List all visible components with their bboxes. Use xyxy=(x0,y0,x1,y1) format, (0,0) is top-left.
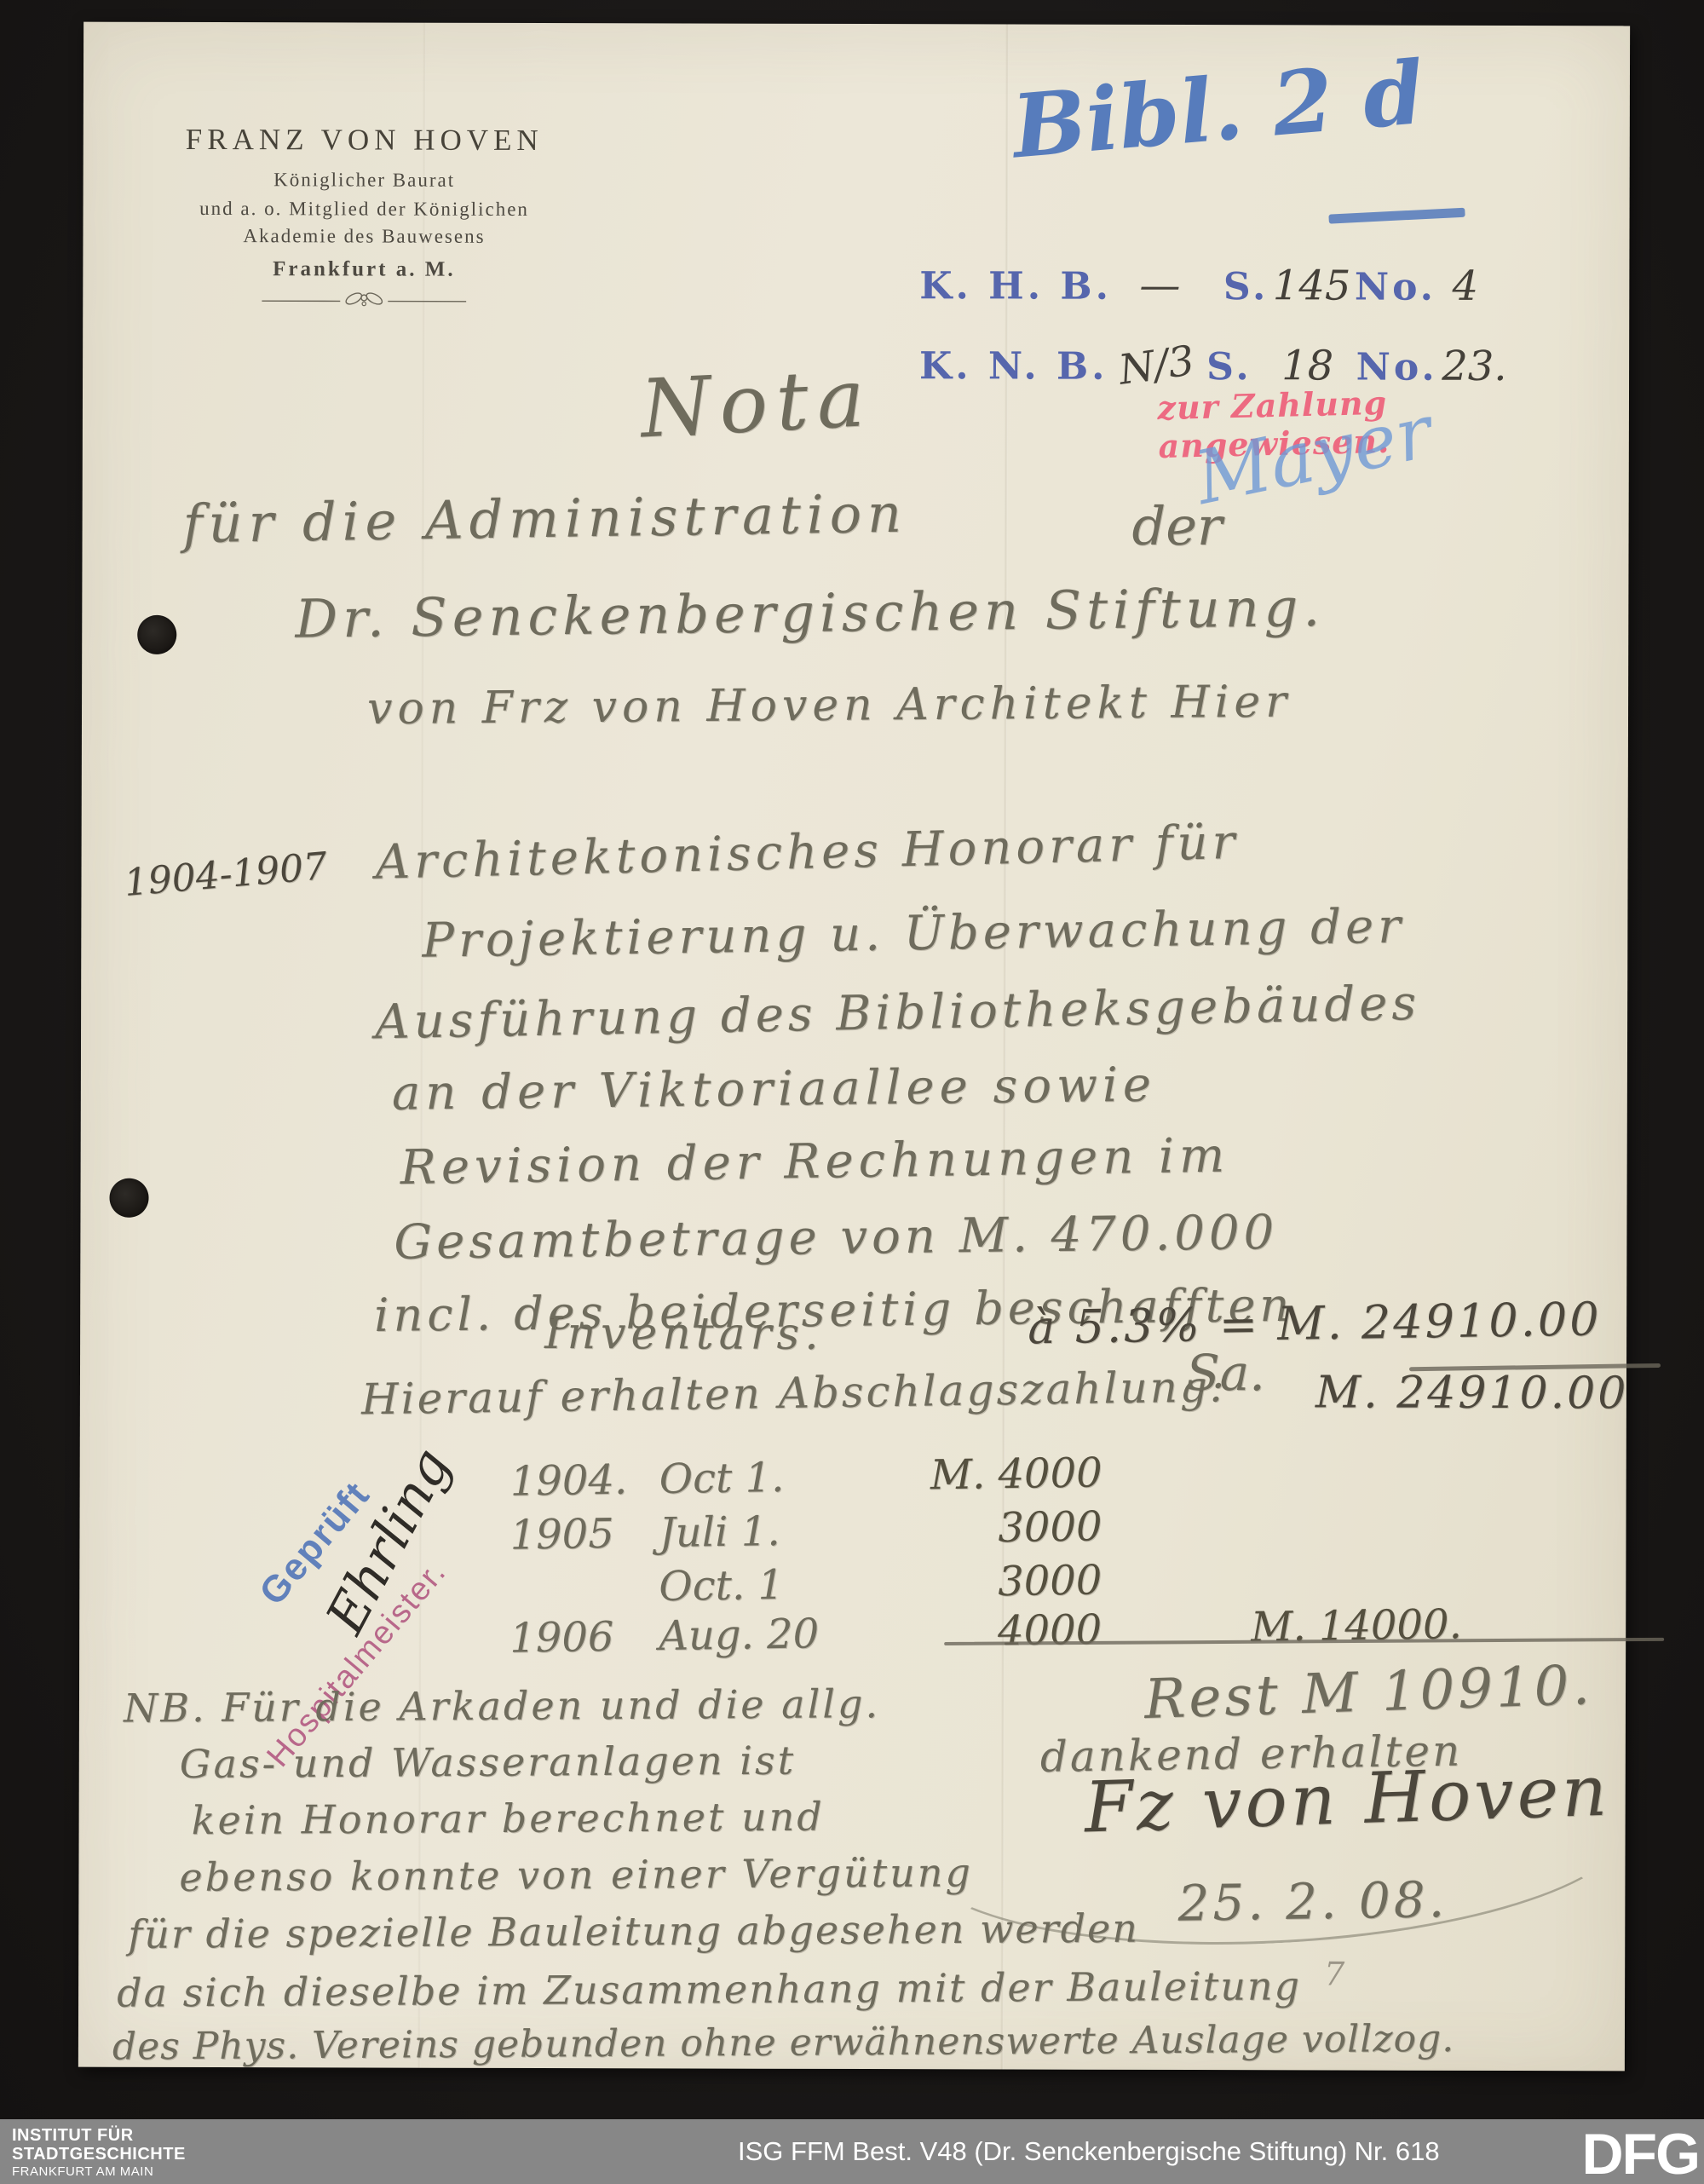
body-line-4: an der Viktoriaallee sowie xyxy=(392,1057,1157,1121)
body-period: 1904-1907 xyxy=(123,844,329,905)
payment-date: Juli 1. xyxy=(659,1506,872,1557)
knb-stamp: K. N. B. xyxy=(919,344,1108,389)
nb-line-3: kein Honorar berechnet und xyxy=(191,1794,824,1844)
body-line-2: Projektierung u. Überwachung der xyxy=(422,899,1405,969)
khb-s-value: 145 xyxy=(1273,262,1351,309)
body-line-1: Architektonisches Honorar für xyxy=(375,815,1240,890)
received-line: Hierauf erhalten Abschlagszahlung: xyxy=(361,1362,1228,1424)
payment-row: 1904.Oct 1.M. 4000 xyxy=(509,1441,1661,1506)
khb-no-value: 4 xyxy=(1452,262,1478,310)
payment-year xyxy=(510,1600,659,1603)
institute-line2: STADTGESCHICHTE xyxy=(12,2146,186,2164)
nb-line-1: NB. Für die Arkaden und die allg. xyxy=(124,1680,880,1731)
institute-line1: INSTITUT FÜR xyxy=(12,2127,186,2146)
document-paper: FRANZ VON HOVEN Königlicher Baurat und a… xyxy=(78,22,1630,2072)
body-line-3: Ausführung des Bibliotheksgebäudes xyxy=(375,976,1421,1050)
payment-year: 1906 xyxy=(509,1612,659,1662)
knb-s-label: S. xyxy=(1206,345,1252,389)
payment-amount: M. 4000 xyxy=(872,1449,1102,1500)
knb-insert: N/3 xyxy=(1116,337,1198,395)
sum-value: M. 24910.00 xyxy=(1315,1367,1629,1419)
nota-heading: Nota xyxy=(638,352,875,456)
rate-calculation: à 5.3% = M. 24910.00 xyxy=(1028,1292,1602,1354)
archive-reference: ISG FFM Best. V48 (Dr. Senckenbergische … xyxy=(738,2136,1440,2167)
title-line3: von Frz von Hoven Architekt Hier xyxy=(367,677,1292,735)
body-line-5: Revision der Rechnungen im xyxy=(400,1128,1229,1196)
knb-s-value: 18 xyxy=(1281,342,1333,389)
nb-line-5: für die spezielle Bauleitung abgesehen w… xyxy=(128,1905,1139,1957)
payment-date: Oct 1. xyxy=(659,1452,872,1503)
scanned-document-view: FRANZ VON HOVEN Königlicher Baurat und a… xyxy=(0,0,1704,2184)
letterhead-title2: und a. o. Mitglied der Königlichen xyxy=(169,198,561,221)
letterhead-city: Frankfurt a. M. xyxy=(168,257,560,282)
payment-year: 1904. xyxy=(509,1455,659,1506)
khb-no-label: No. xyxy=(1355,266,1436,309)
payment-amount: 3000 xyxy=(872,1556,1102,1607)
bibl-archive-note: Bibl. 2 d xyxy=(1009,42,1428,178)
payment-amount: 3000 xyxy=(872,1502,1102,1553)
khb-dash: — xyxy=(1139,262,1180,309)
institute-line3: FRANKFURT AM MAIN xyxy=(12,2165,186,2179)
nb-line-6: da sich dieselbe im Zusammenhang mit der… xyxy=(117,1962,1301,2015)
rest-amount: Rest M 10910. xyxy=(1143,1654,1594,1732)
punch-hole-top xyxy=(137,615,176,654)
nb-line-7: des Phys. Vereins gebunden ohne erwähnen… xyxy=(112,2017,1455,2069)
inventars-label: Inventars. xyxy=(544,1308,824,1360)
body-line-6: Gesamtbetrage von M. 470.000 xyxy=(394,1205,1278,1271)
payment-row: 1905Juli 1.3000 xyxy=(509,1495,1661,1559)
letterhead-title1: Königlicher Baurat xyxy=(169,169,561,192)
title-line1: für die Administration xyxy=(182,482,907,556)
fold-crease-right xyxy=(1000,24,1009,2069)
letterhead-name: FRANZ VON HOVEN xyxy=(169,123,561,158)
nb-line-4: ebenso konnte von einer Vergütung xyxy=(179,1849,973,1900)
bibl-underline xyxy=(1328,208,1465,224)
payment-year: 1905 xyxy=(509,1509,659,1559)
letterhead-ornament-icon xyxy=(168,290,560,314)
title-line2: Dr. Senckenbergischen Stiftung. xyxy=(295,576,1325,650)
payment-date: Aug. 20 xyxy=(659,1609,872,1660)
punch-hole-bottom xyxy=(109,1178,148,1218)
khb-s-label: S. xyxy=(1223,265,1269,308)
letterhead: FRANZ VON HOVEN Königlicher Baurat und a… xyxy=(168,123,561,314)
folio-number: 7 xyxy=(1324,1955,1344,1992)
institute-logo: INSTITUT FÜR STADTGESCHICHTE FRANKFURT A… xyxy=(12,2127,186,2179)
payment-amount: 4000 xyxy=(872,1605,1102,1657)
nb-line-2: Gas- und Wasseranlagen ist xyxy=(180,1737,797,1787)
dfg-logo: DFG xyxy=(1581,2121,1699,2184)
archive-caption-bar: INSTITUT FÜR STADTGESCHICHTE FRANKFURT A… xyxy=(0,2119,1704,2184)
payment-total: M. 14000. xyxy=(1251,1600,1462,1651)
khb-stamp: K. H. B. xyxy=(919,264,1112,308)
sum-label: Sa. xyxy=(1186,1344,1265,1402)
khb-register-line: K. H. B. — S. 145 No. 4 xyxy=(919,261,1478,310)
letterhead-title3: Akademie des Bauwesens xyxy=(168,225,560,248)
title-line1-end: der xyxy=(1132,495,1223,557)
payment-date: Oct. 1 xyxy=(659,1559,872,1611)
